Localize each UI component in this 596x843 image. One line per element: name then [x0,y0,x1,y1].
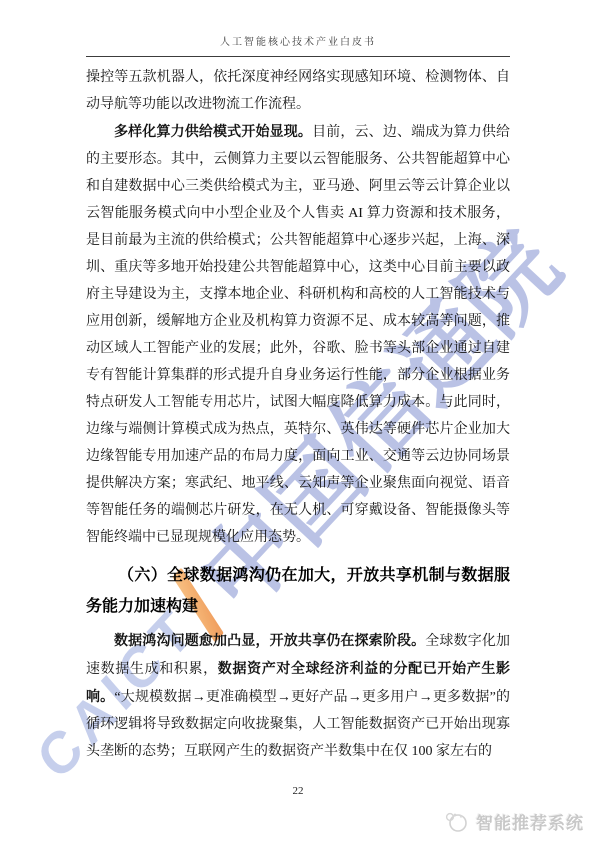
page-number: 22 [0,785,596,797]
footer-logo-text: 智能推荐系统 [476,809,584,834]
document-body: 操控等五款机器人，依托深度神经网络实现感知环境、检测物体、自动导航等功能以改进物… [86,64,510,765]
header-title: 人工智能核心技术产业白皮书 [86,36,510,50]
paragraph-data-divide: 数据鸿沟问题愈加凸显，开放共享仍在探索阶段。全球数字化加速数据生成和积累，数据资… [86,627,510,765]
recommendation-system-logo-icon [443,810,469,834]
page-header: 人工智能核心技术产业白皮书 [86,36,510,57]
text-run: 多样化算力供给模式开始显现。 [114,123,312,139]
text-run: “大规模数据→更准确模型→更好产品→更多用户→更多数据”的循环逻辑将导致数据定向… [86,690,510,759]
text-run: 目前，云、边、端成为算力供给的主要形态。其中，云侧算力主要以云智能服务、公共智能… [86,125,510,545]
document-page: 人工智能核心技术产业白皮书 CAICT 中国信通院 操控等五款机器人，依托深度神… [0,0,596,843]
text-run: 数据鸿沟问题愈加凸显，开放共享仍在探索阶段。 [114,632,425,648]
text-run: 操控等五款机器人，依托深度神经网络实现感知环境、检测物体、自动导航等功能以改进物… [86,70,510,112]
paragraph-computing-supply: 多样化算力供给模式开始显现。目前，云、边、端成为算力供给的主要形态。其中，云侧算… [86,118,510,551]
footer-logo: 智能推荐系统 [443,809,584,834]
header-rule [86,56,510,57]
paragraph-continued: 操控等五款机器人，依托深度神经网络实现感知环境、检测物体、自动导航等功能以改进物… [86,64,510,118]
section-heading: （六）全球数据鸿沟仍在加大，开放共享机制与数据服务能力加速构建 [86,560,510,622]
